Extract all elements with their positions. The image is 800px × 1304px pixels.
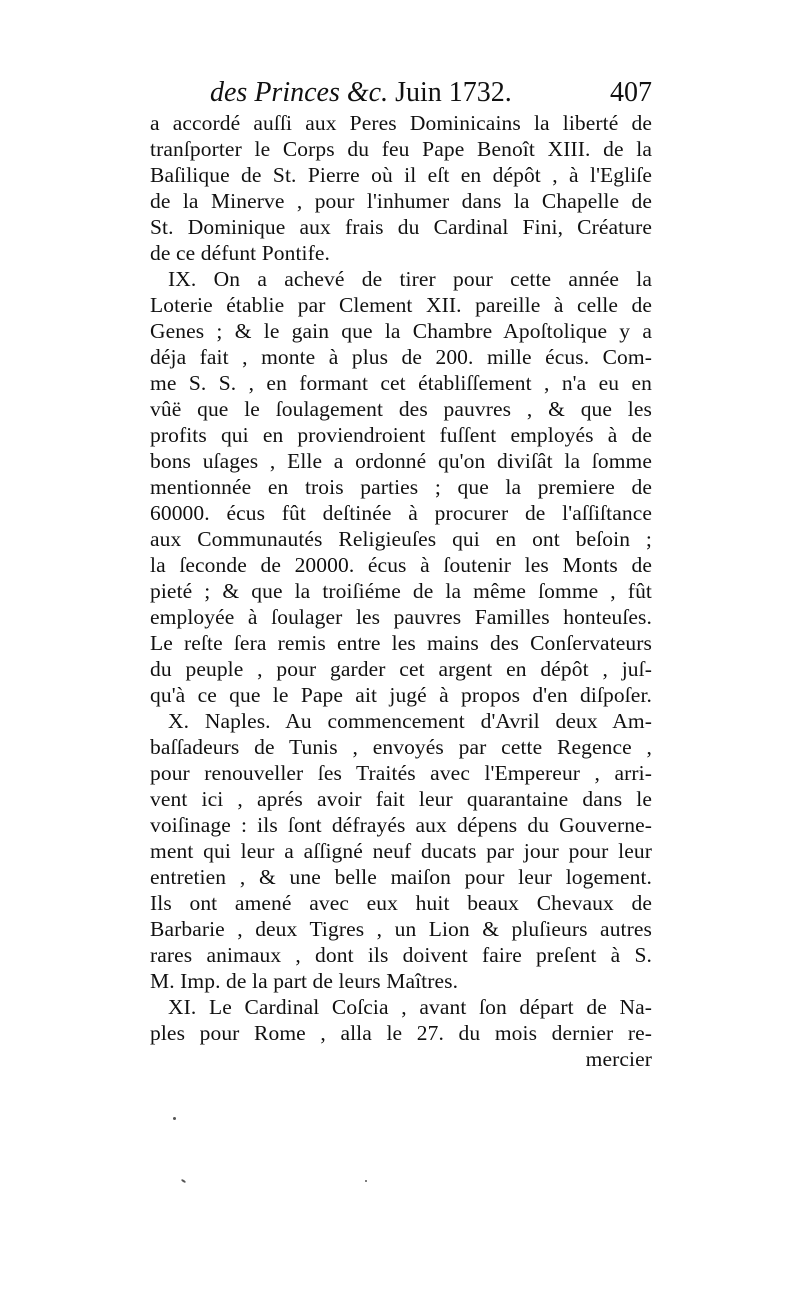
running-head-italic: des Princes &c. xyxy=(210,77,388,108)
text-line: la ſeconde de 20000. écus à ſoutenir les… xyxy=(150,552,652,578)
paragraph-ix: IX. On a achevé de tirer pour cette anné… xyxy=(150,266,652,708)
text-line-paragraph-start: XI. Le Cardinal Coſcia , avant ſon dépar… xyxy=(150,994,652,1020)
text-line: pour renouveller ſes Traités avec l'Empe… xyxy=(150,760,652,786)
text-line: vûë que le ſoulagement des pauvres , & q… xyxy=(150,396,652,422)
text-line: me S. S. , en formant cet établiſſement … xyxy=(150,370,652,396)
running-head-title: des Princes &c. Juin 1732. xyxy=(210,76,512,110)
paragraph-x: X. Naples. Au commencement d'Avril deux … xyxy=(150,708,652,994)
text-line: Genes ; & le gain que la Chambre Apoſtol… xyxy=(150,318,652,344)
text-line: aux Communautés Religieuſes qui en ont b… xyxy=(150,526,652,552)
text-line: voiſinage : ils ſont défrayés aux dépens… xyxy=(150,812,652,838)
text-line: de ce défunt Pontife. xyxy=(150,240,652,266)
text-line: de la Minerve , pour l'inhumer dans la C… xyxy=(150,188,652,214)
running-head: des Princes &c. Juin 1732. 407 xyxy=(150,76,652,110)
scan-speck xyxy=(173,1117,176,1120)
text-line: mentionnée en trois parties ; que la pre… xyxy=(150,474,652,500)
running-head-date: Juin 1732. xyxy=(395,77,512,108)
text-line: Loterie établie par Clement XII. pareill… xyxy=(150,292,652,318)
text-line: employée à ſoulager les pauvres Familles… xyxy=(150,604,652,630)
text-line: vent ici , aprés avoir fait leur quarant… xyxy=(150,786,652,812)
text-line: déja fait , monte à plus de 200. mille é… xyxy=(150,344,652,370)
page-number: 407 xyxy=(610,76,652,110)
text-line: baſſadeurs de Tunis , envoyés par cette … xyxy=(150,734,652,760)
text-line: ples pour Rome , alla le 27. du mois der… xyxy=(150,1020,652,1046)
text-line: ment qui leur a aſſigné neuf ducats par … xyxy=(150,838,652,864)
text-line: entretien , & une belle maiſon pour leur… xyxy=(150,864,652,890)
text-line: profits qui en proviendroient fuſſent em… xyxy=(150,422,652,448)
text-line: bons uſages , Elle a ordonné qu'on diviſ… xyxy=(150,448,652,474)
text-line-paragraph-start: X. Naples. Au commencement d'Avril deux … xyxy=(150,708,652,734)
text-line: du peuple , pour garder cet argent en dé… xyxy=(150,656,652,682)
paragraph-continued: a accordé auſſi aux Peres Dominicains la… xyxy=(150,110,652,266)
book-page: des Princes &c. Juin 1732. 407 a accordé… xyxy=(150,76,652,1072)
text-line: Le reſte ſera remis entre les mains des … xyxy=(150,630,652,656)
text-line: rares animaux , dont ils doivent faire p… xyxy=(150,942,652,968)
text-line: qu'à ce que le Pape ait jugé à propos d'… xyxy=(150,682,652,708)
text-line: Ils ont amené avec eux huit beaux Chevau… xyxy=(150,890,652,916)
text-line: St. Dominique aux frais du Cardinal Fini… xyxy=(150,214,652,240)
text-line: Barbarie , deux Tigres , un Lion & pluſi… xyxy=(150,916,652,942)
text-line: tranſporter le Corps du feu Pape Benoît … xyxy=(150,136,652,162)
text-line: a accordé auſſi aux Peres Dominicains la… xyxy=(150,110,652,136)
scan-speck xyxy=(181,1179,186,1184)
text-line: M. Imp. de la part de leurs Maîtres. xyxy=(150,968,652,994)
paragraph-xi: XI. Le Cardinal Coſcia , avant ſon dépar… xyxy=(150,994,652,1046)
catchword: mercier xyxy=(150,1046,652,1072)
text-line-paragraph-start: IX. On a achevé de tirer pour cette anné… xyxy=(150,266,652,292)
scan-speck xyxy=(365,1180,367,1182)
text-line: pieté ; & que la troiſiéme de la même ſo… xyxy=(150,578,652,604)
text-line: 60000. écus fût deſtinée à procurer de l… xyxy=(150,500,652,526)
text-line: Baſilique de St. Pierre où il eſt en dép… xyxy=(150,162,652,188)
